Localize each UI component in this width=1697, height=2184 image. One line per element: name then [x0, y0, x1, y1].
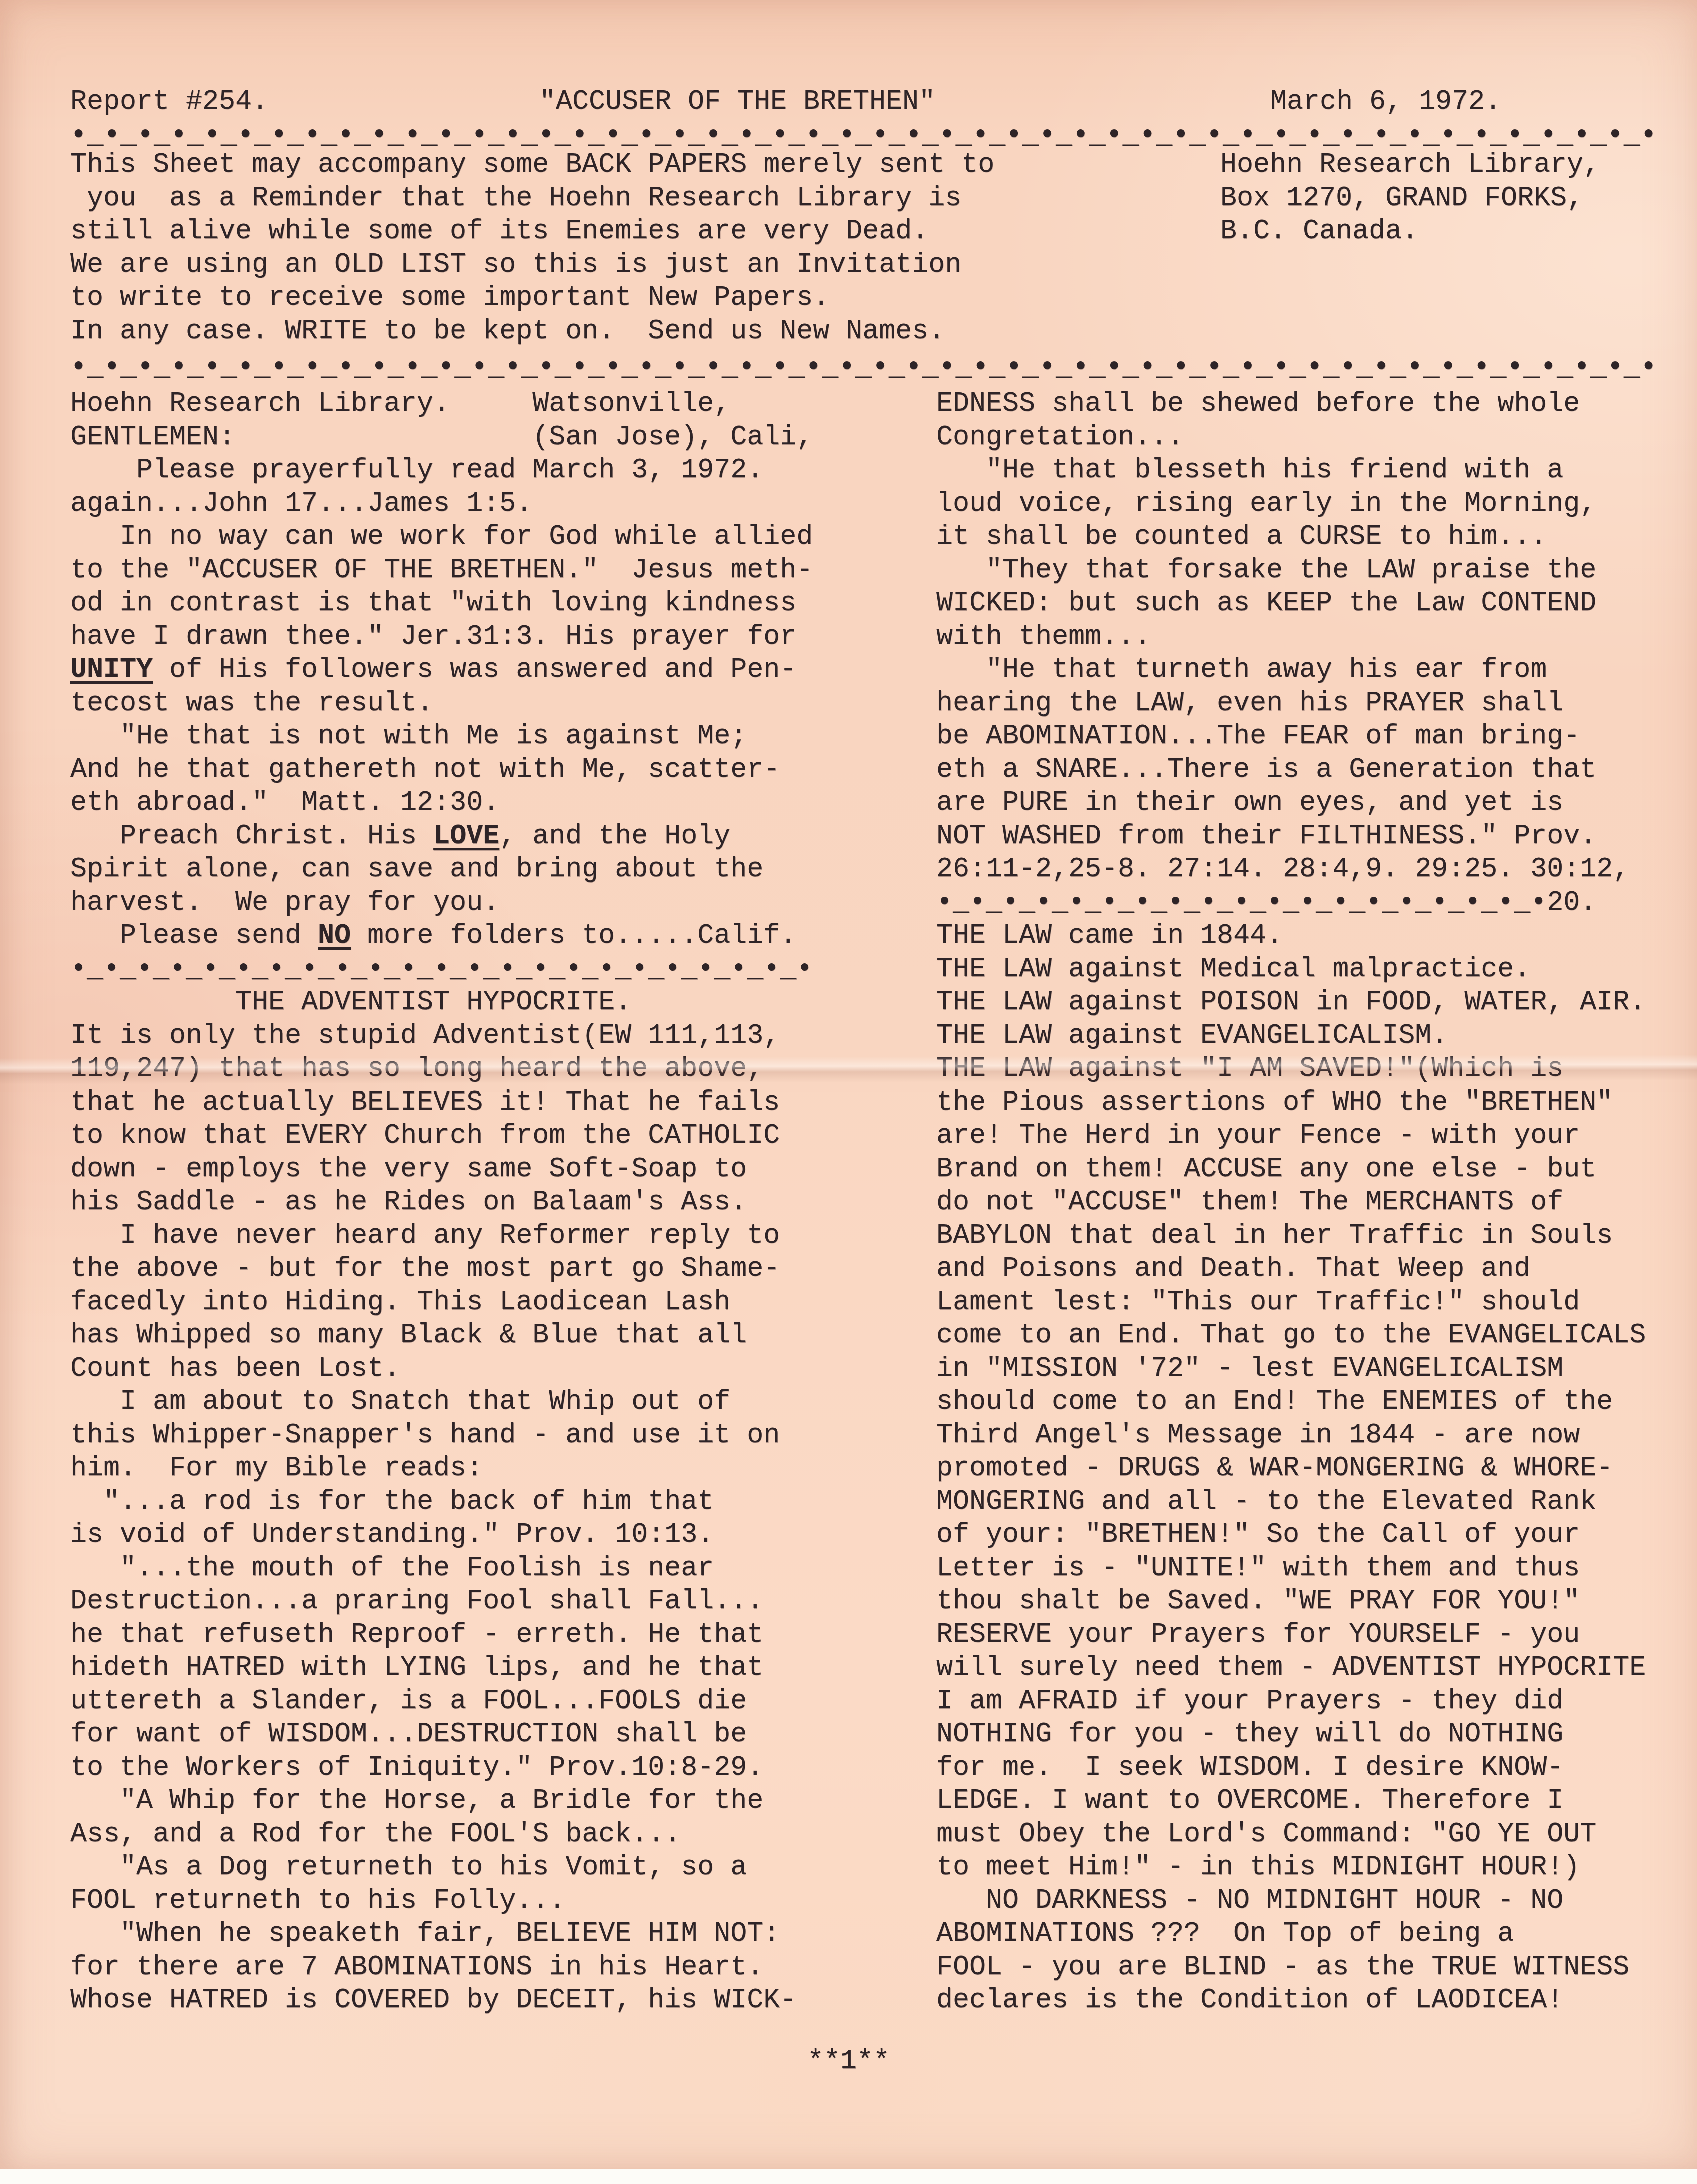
text-line: BABYLON that deal in her Traffic in Soul… [936, 1219, 1646, 1253]
text-line: his Saddle - as he Rides on Balaam's Ass… [70, 1186, 813, 1219]
report-number: Report #254. [70, 85, 268, 119]
text-line: "He that is not with Me is against Me; [70, 720, 813, 753]
text-line: eth abroad." Matt. 12:30. [70, 786, 813, 820]
text-line: GENTLEMEN: (San Jose), Cali, [70, 421, 813, 454]
text-line: Third Angel's Message in 1844 - are now [936, 1419, 1646, 1452]
text-line: LEDGE. I want to OVERCOME. Therefore I [936, 1784, 1646, 1818]
text-line: UNITY of His followers was answered and … [70, 653, 813, 687]
text-line: that he actually BELIEVES it! That he fa… [70, 1086, 813, 1120]
text-line: Congretation... [936, 421, 1646, 454]
text-line: Please prayerfully read March 3, 1972. [70, 454, 813, 487]
text-line: MONGERING and all - to the Elevated Rank [936, 1485, 1646, 1519]
text-line: I have never heard any Reformer reply to [70, 1219, 813, 1253]
text-line: thou shalt be Saved. "WE PRAY FOR YOU!" [936, 1585, 1646, 1618]
text-line: Hoehn Research Library, [1220, 148, 1600, 182]
text-line: "He that blesseth his friend with a [936, 454, 1646, 487]
text-line: do not "ACCUSE" them! The MERCHANTS of [936, 1186, 1646, 1219]
text-line: ABOMINATIONS ??? On Top of being a [936, 1917, 1646, 1951]
scan-edge [0, 2169, 1697, 2184]
text-line: I am AFRAID if your Prayers - they did [936, 1685, 1646, 1718]
text-line: for there are 7 ABOMINATIONS in his Hear… [70, 1951, 813, 1984]
text-line: Brand on them! ACCUSE any one else - but [936, 1153, 1646, 1186]
text-line: NO DARKNESS - NO MIDNIGHT HOUR - NO [936, 1884, 1646, 1918]
text-line: RESERVE your Prayers for YOURSELF - you [936, 1618, 1646, 1652]
text-line: uttereth a Slander, is a FOOL...FOOLS di… [70, 1685, 813, 1718]
text-line: FOOL - you are BLIND - as the TRUE WITNE… [936, 1951, 1646, 1984]
text-line: "As a Dog returneth to his Vomit, so a [70, 1851, 813, 1884]
text-line: in "MISSION '72" - lest EVANGELICALISM [936, 1352, 1646, 1386]
text-line: Whose HATRED is COVERED by DECEIT, his W… [70, 1984, 813, 2017]
text-line: Preach Christ. His LOVE, and the Holy [70, 820, 813, 853]
text-line: has Whipped so many Black & Blue that al… [70, 1319, 813, 1352]
text-line: "When he speaketh fair, BELIEVE HIM NOT: [70, 1917, 813, 1951]
text-line: to the Workers of Iniquity." Prov.10:8-2… [70, 1751, 813, 1785]
text-line: with themm... [936, 620, 1646, 654]
text-line: 119,247) that has so long heard the abov… [70, 1052, 813, 1086]
text-line: This Sheet may accompany some BACK PAPER… [70, 148, 994, 182]
text-line: to meet Him!" - in this MIDNIGHT HOUR!) [936, 1851, 1646, 1884]
text-line: to know that EVERY Church from the CATHO… [70, 1119, 813, 1153]
text-line: "They that forsake the LAW praise the [936, 554, 1646, 587]
text-line: "He that turneth away his ear from [936, 653, 1646, 687]
address-block: Hoehn Research Library,Box 1270, GRAND F… [1220, 148, 1600, 248]
text-line: Destruction...a praring Fool shall Fall.… [70, 1585, 813, 1618]
text-line: 26:11-2,25-8. 27:14. 28:4,9. 29:25. 30:1… [936, 853, 1646, 886]
text-line: "...a rod is for the back of him that [70, 1485, 813, 1519]
text-line: will surely need them - ADVENTIST HYPOCR… [936, 1651, 1646, 1685]
text-line: he that refuseth Reproof - erreth. He th… [70, 1618, 813, 1652]
text-line: THE LAW against EVANGELICALISM. [936, 1019, 1646, 1053]
text-line: In no way can we work for God while alli… [70, 520, 813, 554]
text-line: And he that gathereth not with Me, scatt… [70, 753, 813, 787]
text-line: Lament lest: "This our Traffic!" should [936, 1286, 1646, 1319]
left-column: Hoehn Research Library. Watsonville,GENT… [70, 387, 813, 2017]
text-line: Ass, and a Rod for the FOOL'S back... [70, 1818, 813, 1851]
divider-mid: •_•_•_•_•_•_•_•_•_•_•_•_•_•_•_•_•_•_•_•_… [70, 351, 1657, 385]
text-line: hideth HATRED with LYING lips, and he th… [70, 1651, 813, 1685]
text-line: and Poisons and Death. That Weep and [936, 1252, 1646, 1286]
text-line: are! The Herd in your Fence - with your [936, 1119, 1646, 1153]
scanned-newsletter-page: { "header": { "report_no": "Report #254.… [0, 0, 1697, 2184]
text-line: THE LAW against "I AM SAVED!"(Which is [936, 1052, 1646, 1086]
text-line: "A Whip for the Horse, a Bridle for the [70, 1784, 813, 1818]
text-line: of your: "BRETHEN!" So the Call of your [936, 1518, 1646, 1552]
text-line: for want of WISDOM...DESTRUCTION shall b… [70, 1718, 813, 1751]
text-line: Box 1270, GRAND FORKS, [1220, 182, 1600, 215]
text-line: od in contrast is that "with loving kind… [70, 587, 813, 620]
text-line: B.C. Canada. [1220, 215, 1600, 248]
text-line: Please send NO more folders to.....Calif… [70, 919, 813, 953]
text-line: I am about to Snatch that Whip out of [70, 1385, 813, 1419]
text-line: the above - but for the most part go Sha… [70, 1252, 813, 1286]
text-line: him. For my Bible reads: [70, 1452, 813, 1485]
text-line: down - employs the very same Soft-Soap t… [70, 1153, 813, 1186]
intro-paragraph: This Sheet may accompany some BACK PAPER… [70, 148, 994, 348]
text-line: it shall be counted a CURSE to him... [936, 520, 1646, 554]
text-line: are PURE in their own eyes, and yet is [936, 786, 1646, 820]
text-line: harvest. We pray for you. [70, 886, 813, 920]
text-line: still alive while some of its Enemies ar… [70, 215, 994, 248]
text-line: "...the mouth of the Foolish is near [70, 1552, 813, 1585]
text-line: eth a SNARE...There is a Generation that [936, 753, 1646, 787]
text-line: NOT WASHED from their FILTHINESS." Prov. [936, 820, 1646, 853]
text-line: THE LAW against Medical malpractice. [936, 953, 1646, 986]
text-line: Count has been Lost. [70, 1352, 813, 1386]
text-line: Spirit alone, can save and bring about t… [70, 853, 813, 886]
text-line: is void of Understanding." Prov. 10:13. [70, 1518, 813, 1552]
text-line: loud voice, rising early in the Morning, [936, 487, 1646, 521]
text-line: to the "ACCUSER OF THE BRETHEN." Jesus m… [70, 554, 813, 587]
right-column: EDNESS shall be shewed before the wholeC… [936, 387, 1646, 2017]
text-line: We are using an OLD LIST so this is just… [70, 248, 994, 282]
text-line: should come to an End! The ENEMIES of th… [936, 1385, 1646, 1419]
text-line: THE LAW came in 1844. [936, 919, 1646, 953]
text-line: THE ADVENTIST HYPOCRITE. [70, 986, 813, 1019]
text-line: have I drawn thee." Jer.31:3. His prayer… [70, 620, 813, 654]
text-line: •_•_•_•_•_•_•_•_•_•_•_•_•_•_•_•_•_•_•20. [936, 886, 1646, 920]
text-line: THE LAW against POISON in FOOD, WATER, A… [936, 986, 1646, 1019]
text-line: hearing the LAW, even his PRAYER shall [936, 687, 1646, 720]
text-line: come to an End. That go to the EVANGELIC… [936, 1319, 1646, 1352]
text-line: must Obey the Lord's Command: "GO YE OUT [936, 1818, 1646, 1851]
text-line: EDNESS shall be shewed before the whole [936, 387, 1646, 421]
text-line: this Whipper-Snapper's hand - and use it… [70, 1419, 813, 1452]
text-line: to write to receive some important New P… [70, 281, 994, 315]
text-line: Letter is - "UNITE!" with them and thus [936, 1552, 1646, 1585]
text-line: the Pious assertions of WHO the "BRETHEN… [936, 1086, 1646, 1120]
text-line: promoted - DRUGS & WAR-MONGERING & WHORE… [936, 1452, 1646, 1485]
text-line: tecost was the result. [70, 687, 813, 720]
text-line: for me. I seek WISDOM. I desire KNOW- [936, 1751, 1646, 1785]
text-line: NOTHING for you - they will do NOTHING [936, 1718, 1646, 1751]
text-line: be ABOMINATION...The FEAR of man bring- [936, 720, 1646, 753]
page-number: **1** [0, 2045, 1697, 2078]
text-line: It is only the stupid Adventist(EW 111,1… [70, 1019, 813, 1053]
date-label: March 6, 1972. [1270, 85, 1501, 119]
text-line: facedly into Hiding. This Laodicean Lash [70, 1286, 813, 1319]
text-line: In any case. WRITE to be kept on. Send u… [70, 315, 994, 348]
text-line: FOOL returneth to his Folly... [70, 1884, 813, 1918]
text-line: again...John 17...James 1:5. [70, 487, 813, 521]
text-line: WICKED: but such as KEEP the Law CONTEND [936, 587, 1646, 620]
text-line: •_•_•_•_•_•_•_•_•_•_•_•_•_•_•_•_•_•_•_•_… [70, 953, 813, 986]
divider-top: •_•_•_•_•_•_•_•_•_•_•_•_•_•_•_•_•_•_•_•_… [70, 119, 1657, 153]
text-line: declares is the Condition of LAODICEA! [936, 1984, 1646, 2017]
page-title: "ACCUSER OF THE BRETHEN" [539, 85, 935, 119]
text-line: Hoehn Research Library. Watsonville, [70, 387, 813, 421]
text-line: you as a Reminder that the Hoehn Researc… [70, 182, 994, 215]
document-page: Report #254. "ACCUSER OF THE BRETHEN" Ma… [0, 0, 1697, 2169]
